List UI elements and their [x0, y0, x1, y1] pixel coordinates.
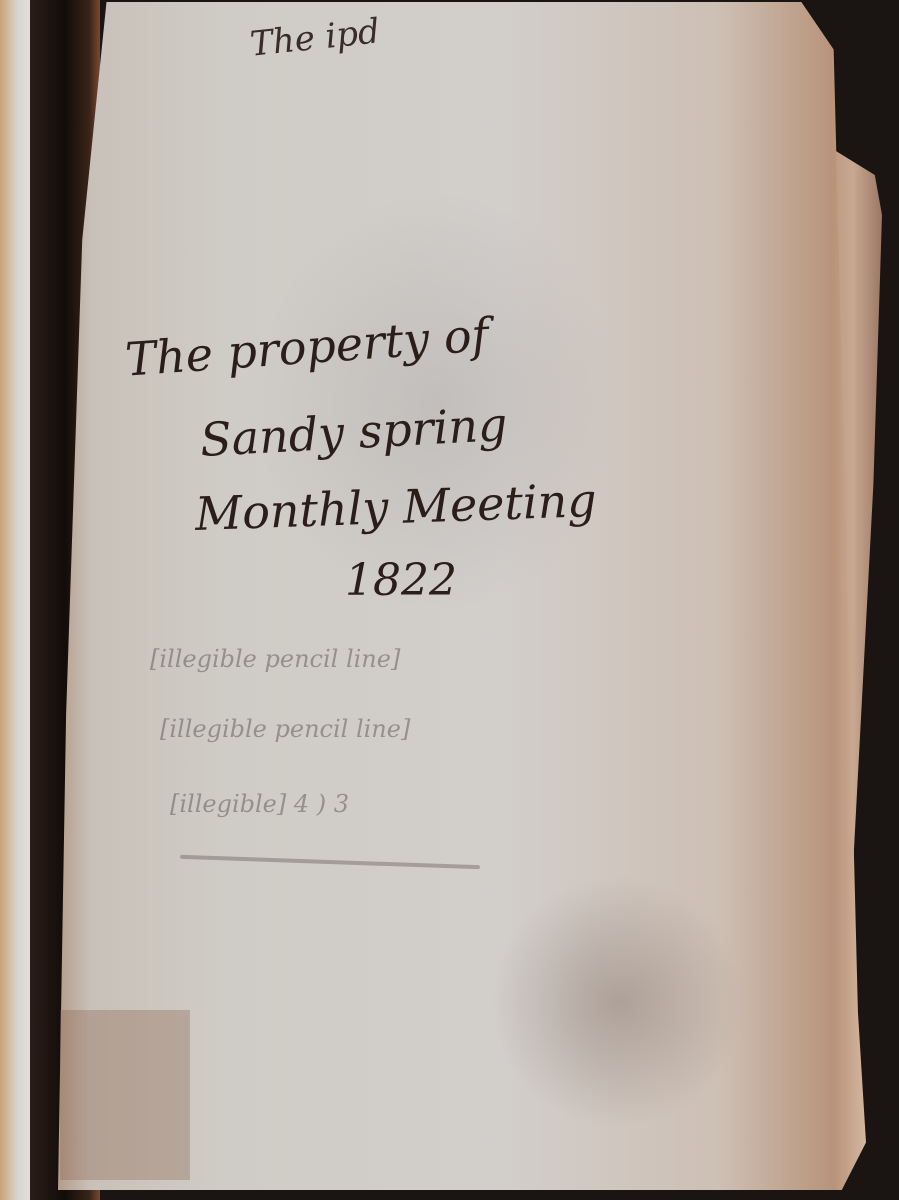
pencil-note-3: [illegible] 4 ) 3 — [170, 790, 349, 818]
inscription-year: 1822 — [345, 555, 457, 606]
pencil-note-2: [illegible pencil line] — [160, 715, 410, 743]
pencil-note-1: [illegible pencil line] — [150, 645, 400, 673]
foxing-stain — [60, 1010, 190, 1180]
